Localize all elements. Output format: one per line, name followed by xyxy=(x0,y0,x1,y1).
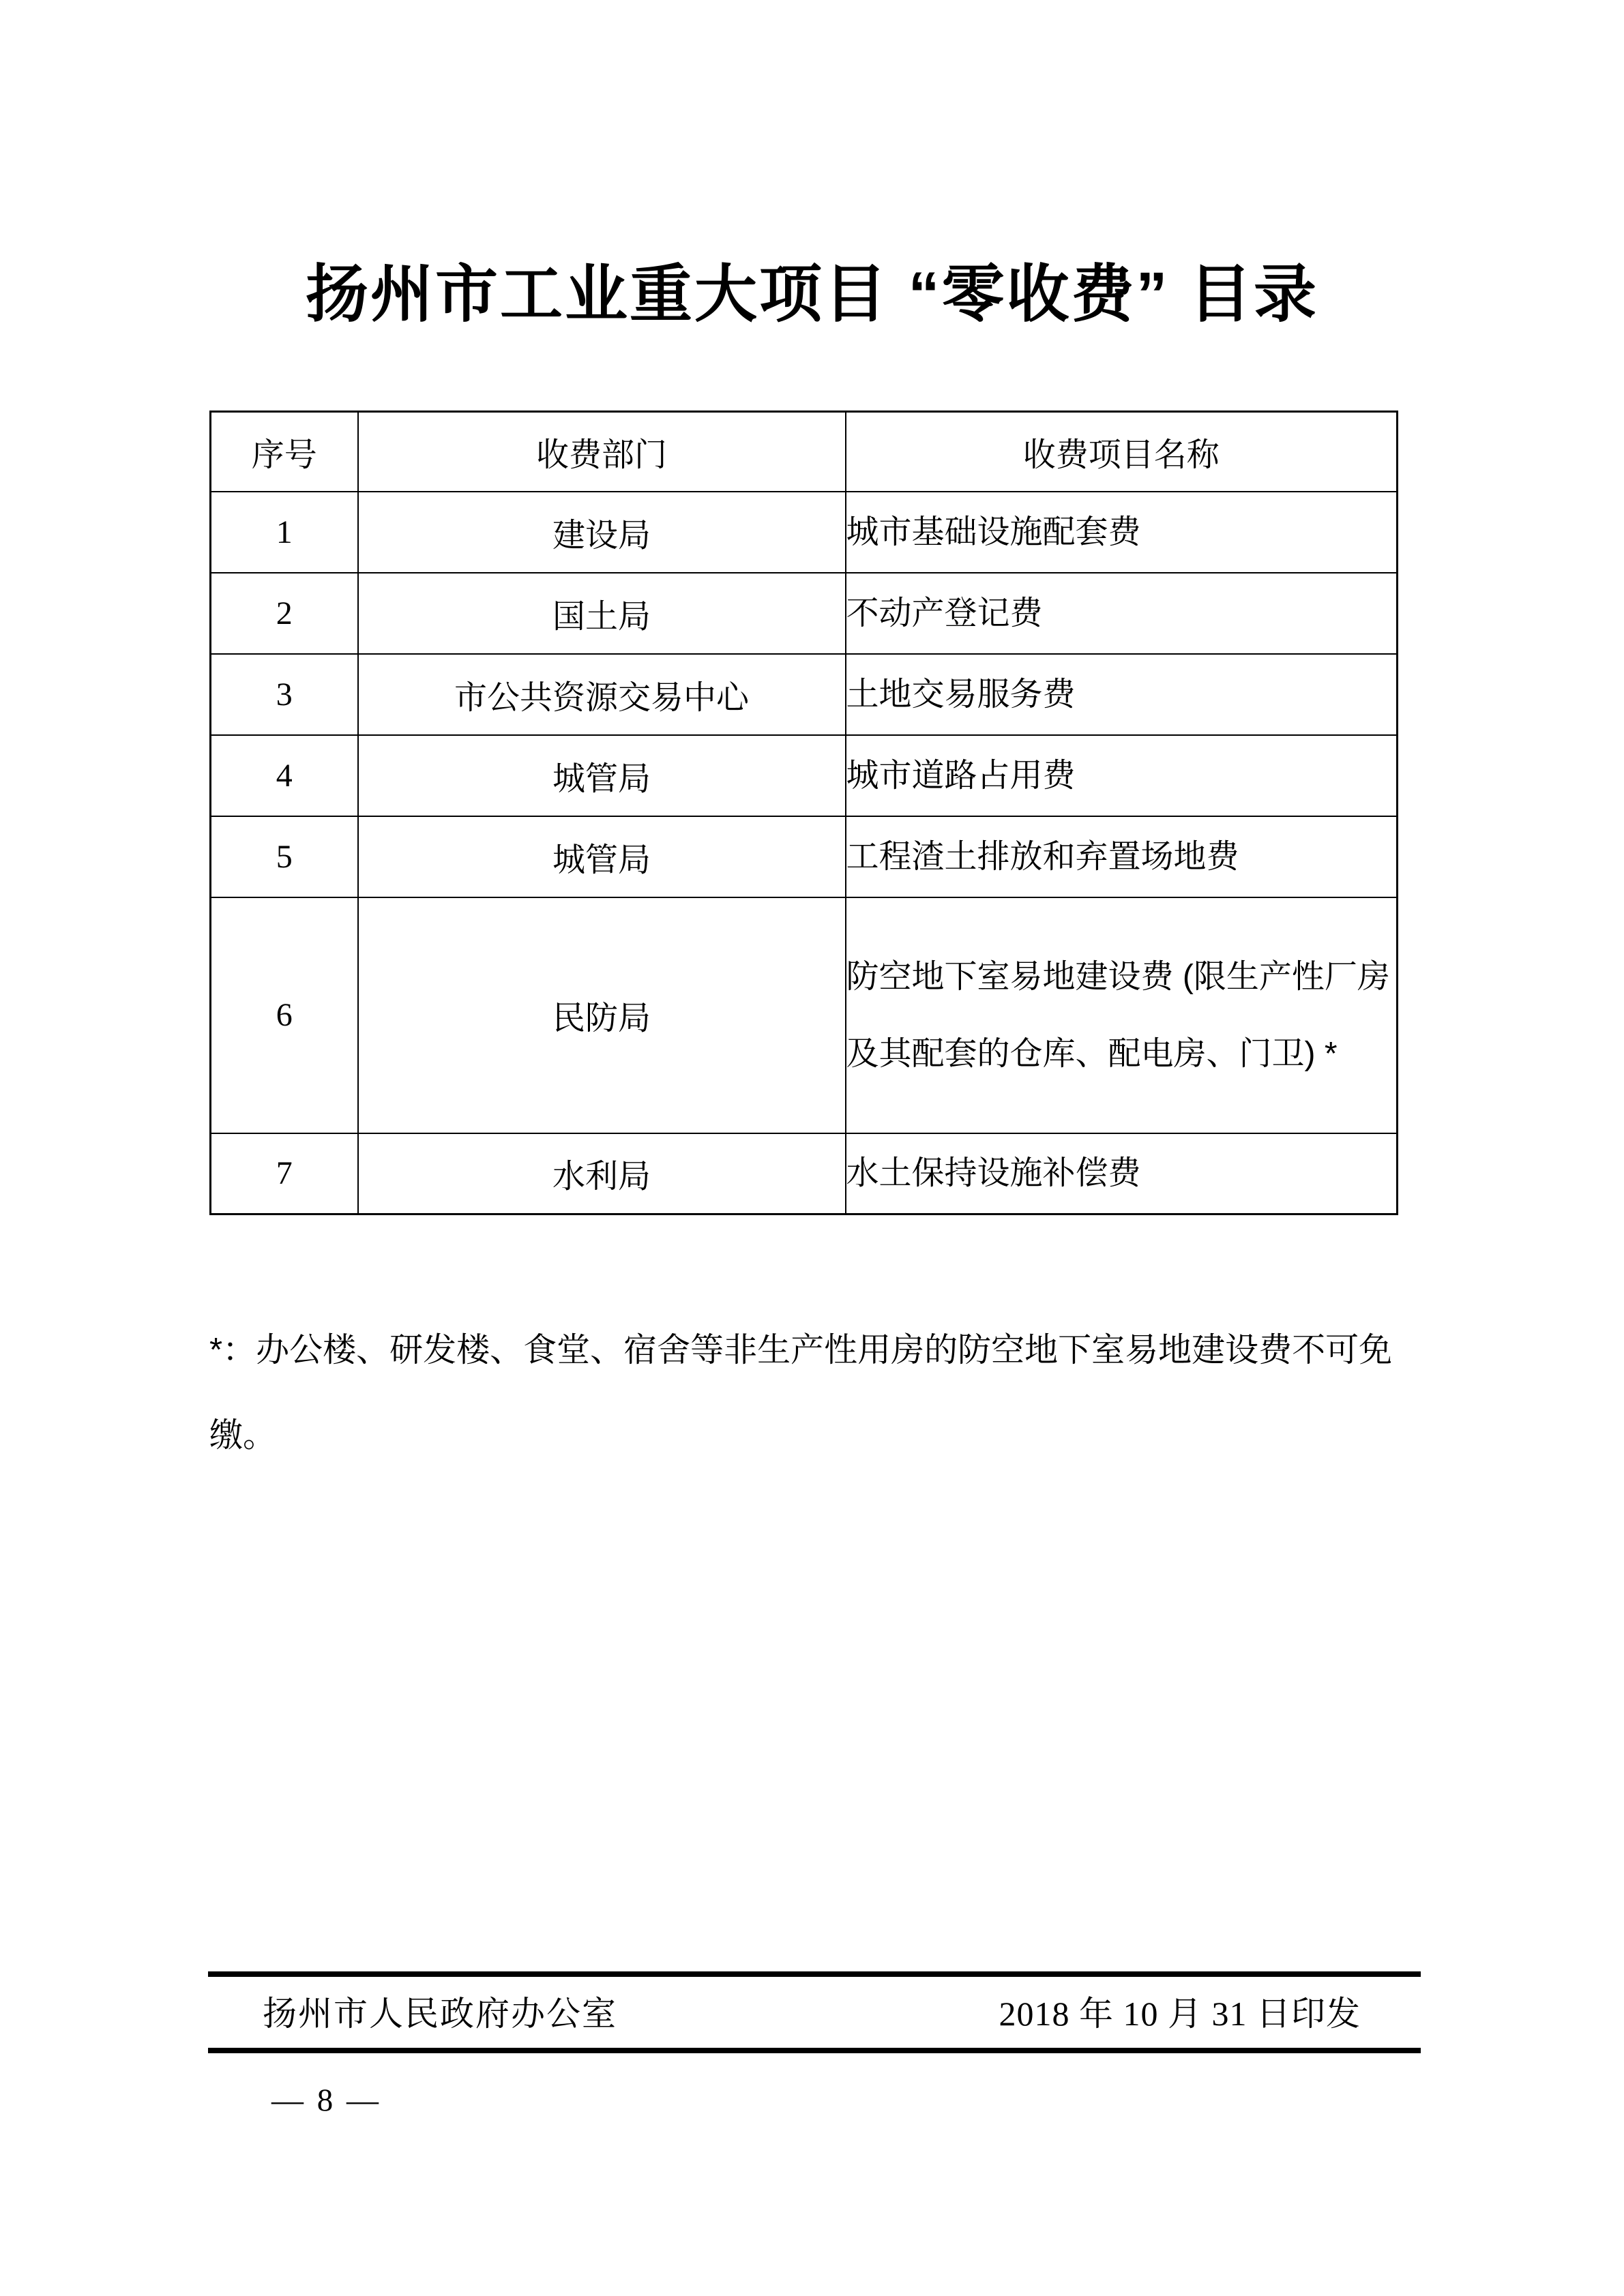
cell-item: 防空地下室易地建设费 (限生产性厂房及其配套的仓库、配电房、门卫) * xyxy=(846,897,1398,1133)
cell-item: 工程渣土排放和弃置场地费 xyxy=(846,816,1398,897)
cell-department: 建设局 xyxy=(358,492,846,573)
cell-item: 城市基础设施配套费 xyxy=(846,492,1398,573)
document-page: 扬州市工业重大项目 “零收费” 目录 序号 收费部门 收费项目名称 1建设局城市… xyxy=(0,0,1624,2296)
col-header-no: 序号 xyxy=(211,412,358,492)
col-header-item: 收费项目名称 xyxy=(846,412,1398,492)
cell-department: 国土局 xyxy=(358,573,846,654)
table-row: 3市公共资源交易中心土地交易服务费 xyxy=(211,654,1398,735)
table-row: 6民防局防空地下室易地建设费 (限生产性厂房及其配套的仓库、配电房、门卫) * xyxy=(211,897,1398,1133)
cell-item: 土地交易服务费 xyxy=(846,654,1398,735)
cell-department: 水利局 xyxy=(358,1133,846,1214)
table-row: 5城管局工程渣土排放和弃置场地费 xyxy=(211,816,1398,897)
cell-department: 民防局 xyxy=(358,897,846,1133)
cell-department: 城管局 xyxy=(358,735,846,816)
page-title: 扬州市工业重大项目 “零收费” 目录 xyxy=(0,254,1624,336)
footer-rule-bottom xyxy=(208,2048,1421,2053)
table-row: 4城管局城市道路占用费 xyxy=(211,735,1398,816)
table-row: 2国土局不动产登记费 xyxy=(211,573,1398,654)
page-number: — 8 — xyxy=(271,2081,381,2119)
table-header-row: 序号 收费部门 收费项目名称 xyxy=(211,412,1398,492)
cell-department: 城管局 xyxy=(358,816,846,897)
table-body: 1建设局城市基础设施配套费2国土局不动产登记费3市公共资源交易中心土地交易服务费… xyxy=(211,492,1398,1214)
footnote: *：办公楼、研发楼、食堂、宿舍等非生产性用房的防空地下室易地建设费不可免缴。 xyxy=(209,1308,1400,1478)
footer-print-date: 2018 年 10 月 31 日印发 xyxy=(999,1995,1361,2033)
cell-item: 水土保持设施补偿费 xyxy=(846,1133,1398,1214)
cell-item: 城市道路占用费 xyxy=(846,735,1398,816)
cell-no: 7 xyxy=(211,1133,358,1214)
cell-item: 不动产登记费 xyxy=(846,573,1398,654)
cell-department: 市公共资源交易中心 xyxy=(358,654,846,735)
cell-no: 2 xyxy=(211,573,358,654)
cell-no: 6 xyxy=(211,897,358,1133)
table-row: 1建设局城市基础设施配套费 xyxy=(211,492,1398,573)
cell-no: 5 xyxy=(211,816,358,897)
cell-no: 1 xyxy=(211,492,358,573)
cell-no: 3 xyxy=(211,654,358,735)
page-footer: 扬州市人民政府办公室 2018 年 10 月 31 日印发 xyxy=(208,1995,1421,2033)
col-header-department: 收费部门 xyxy=(358,412,846,492)
footer-issuer: 扬州市人民政府办公室 xyxy=(263,1995,617,2033)
table-row: 7水利局水土保持设施补偿费 xyxy=(211,1133,1398,1214)
fee-table: 序号 收费部门 收费项目名称 1建设局城市基础设施配套费2国土局不动产登记费3市… xyxy=(209,411,1398,1215)
footer-rule-top xyxy=(208,1971,1421,1977)
cell-no: 4 xyxy=(211,735,358,816)
